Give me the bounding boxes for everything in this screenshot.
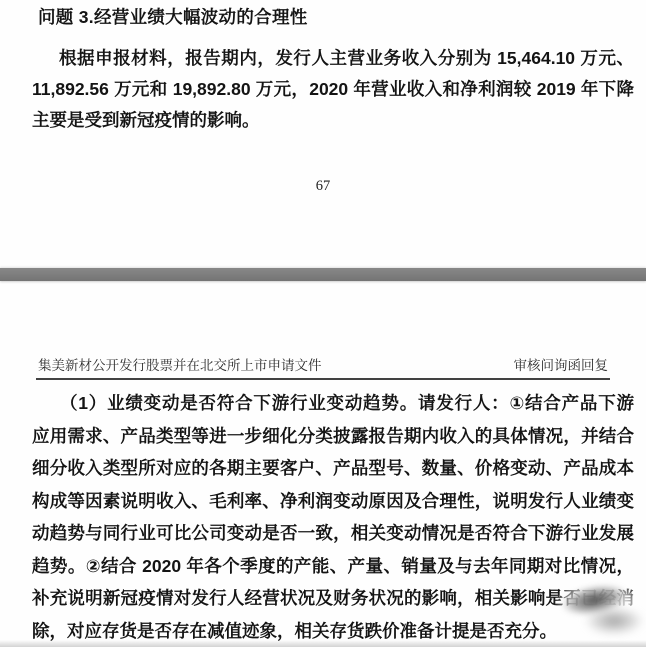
section-title: 问题 3.经营业绩大幅波动的合理性 bbox=[38, 4, 638, 30]
header-left-title: 集美新材公开发行股票并在北交所上市申请文件 bbox=[38, 357, 322, 375]
header-rule bbox=[36, 378, 610, 380]
body-line: 补充说明新冠疫情对发行人经营状况及财务状况的影响，相关影响是否已经消 bbox=[32, 582, 634, 615]
body-line: （1）业绩变动是否符合下游行业变动趋势。请发行人：①结合产品下游 bbox=[32, 387, 634, 420]
page2-paragraph: （1）业绩变动是否符合下游行业变动趋势。请发行人：①结合产品下游 应用需求、产品… bbox=[32, 387, 634, 647]
document-viewport: 问题 3.经营业绩大幅波动的合理性 根据申报材料，报告期内，发行人主营业务收入分… bbox=[0, 0, 646, 647]
paragraph-line: 11,892.56 万元和 19,892.80 万元，2020 年营业收入和净利… bbox=[32, 74, 634, 105]
page-gap-bar bbox=[0, 268, 646, 281]
body-line: 趋势。②结合 2020 年各个季度的产能、产量、销量及与去年同期对比情况， bbox=[32, 550, 634, 583]
page1-paragraph: 根据申报材料，报告期内，发行人主营业务收入分别为 15,464.10 万元、 1… bbox=[32, 43, 634, 136]
body-line: 动趋势与同行业可比公司变动是否一致，相关变动情况是否符合下游行业发展 bbox=[32, 517, 634, 550]
body-line: 应用需求、产品类型等进一步细化分类披露报告期内收入的具体情况，并结合 bbox=[32, 420, 634, 453]
page2-header: 集美新材公开发行股票并在北交所上市申请文件 审核问询函回复 bbox=[38, 357, 608, 375]
paragraph-line: 根据申报材料，报告期内，发行人主营业务收入分别为 15,464.10 万元、 bbox=[32, 43, 634, 74]
header-right-title: 审核问询函回复 bbox=[514, 357, 609, 375]
body-line: 细分收入类型所对应的各期主要客户、产品型号、数量、价格变动、产品成本 bbox=[32, 452, 634, 485]
page-number: 67 bbox=[0, 177, 646, 195]
body-line: 除，对应存货是否存在减值迹象，相关存货跌价准备计提是否充分。 bbox=[32, 615, 634, 647]
body-line: 构成等因素说明收入、毛利率、净利润变动原因及合理性，说明发行人业绩变 bbox=[32, 485, 634, 518]
paragraph-line: 主要是受到新冠疫情的影响。 bbox=[32, 105, 634, 136]
